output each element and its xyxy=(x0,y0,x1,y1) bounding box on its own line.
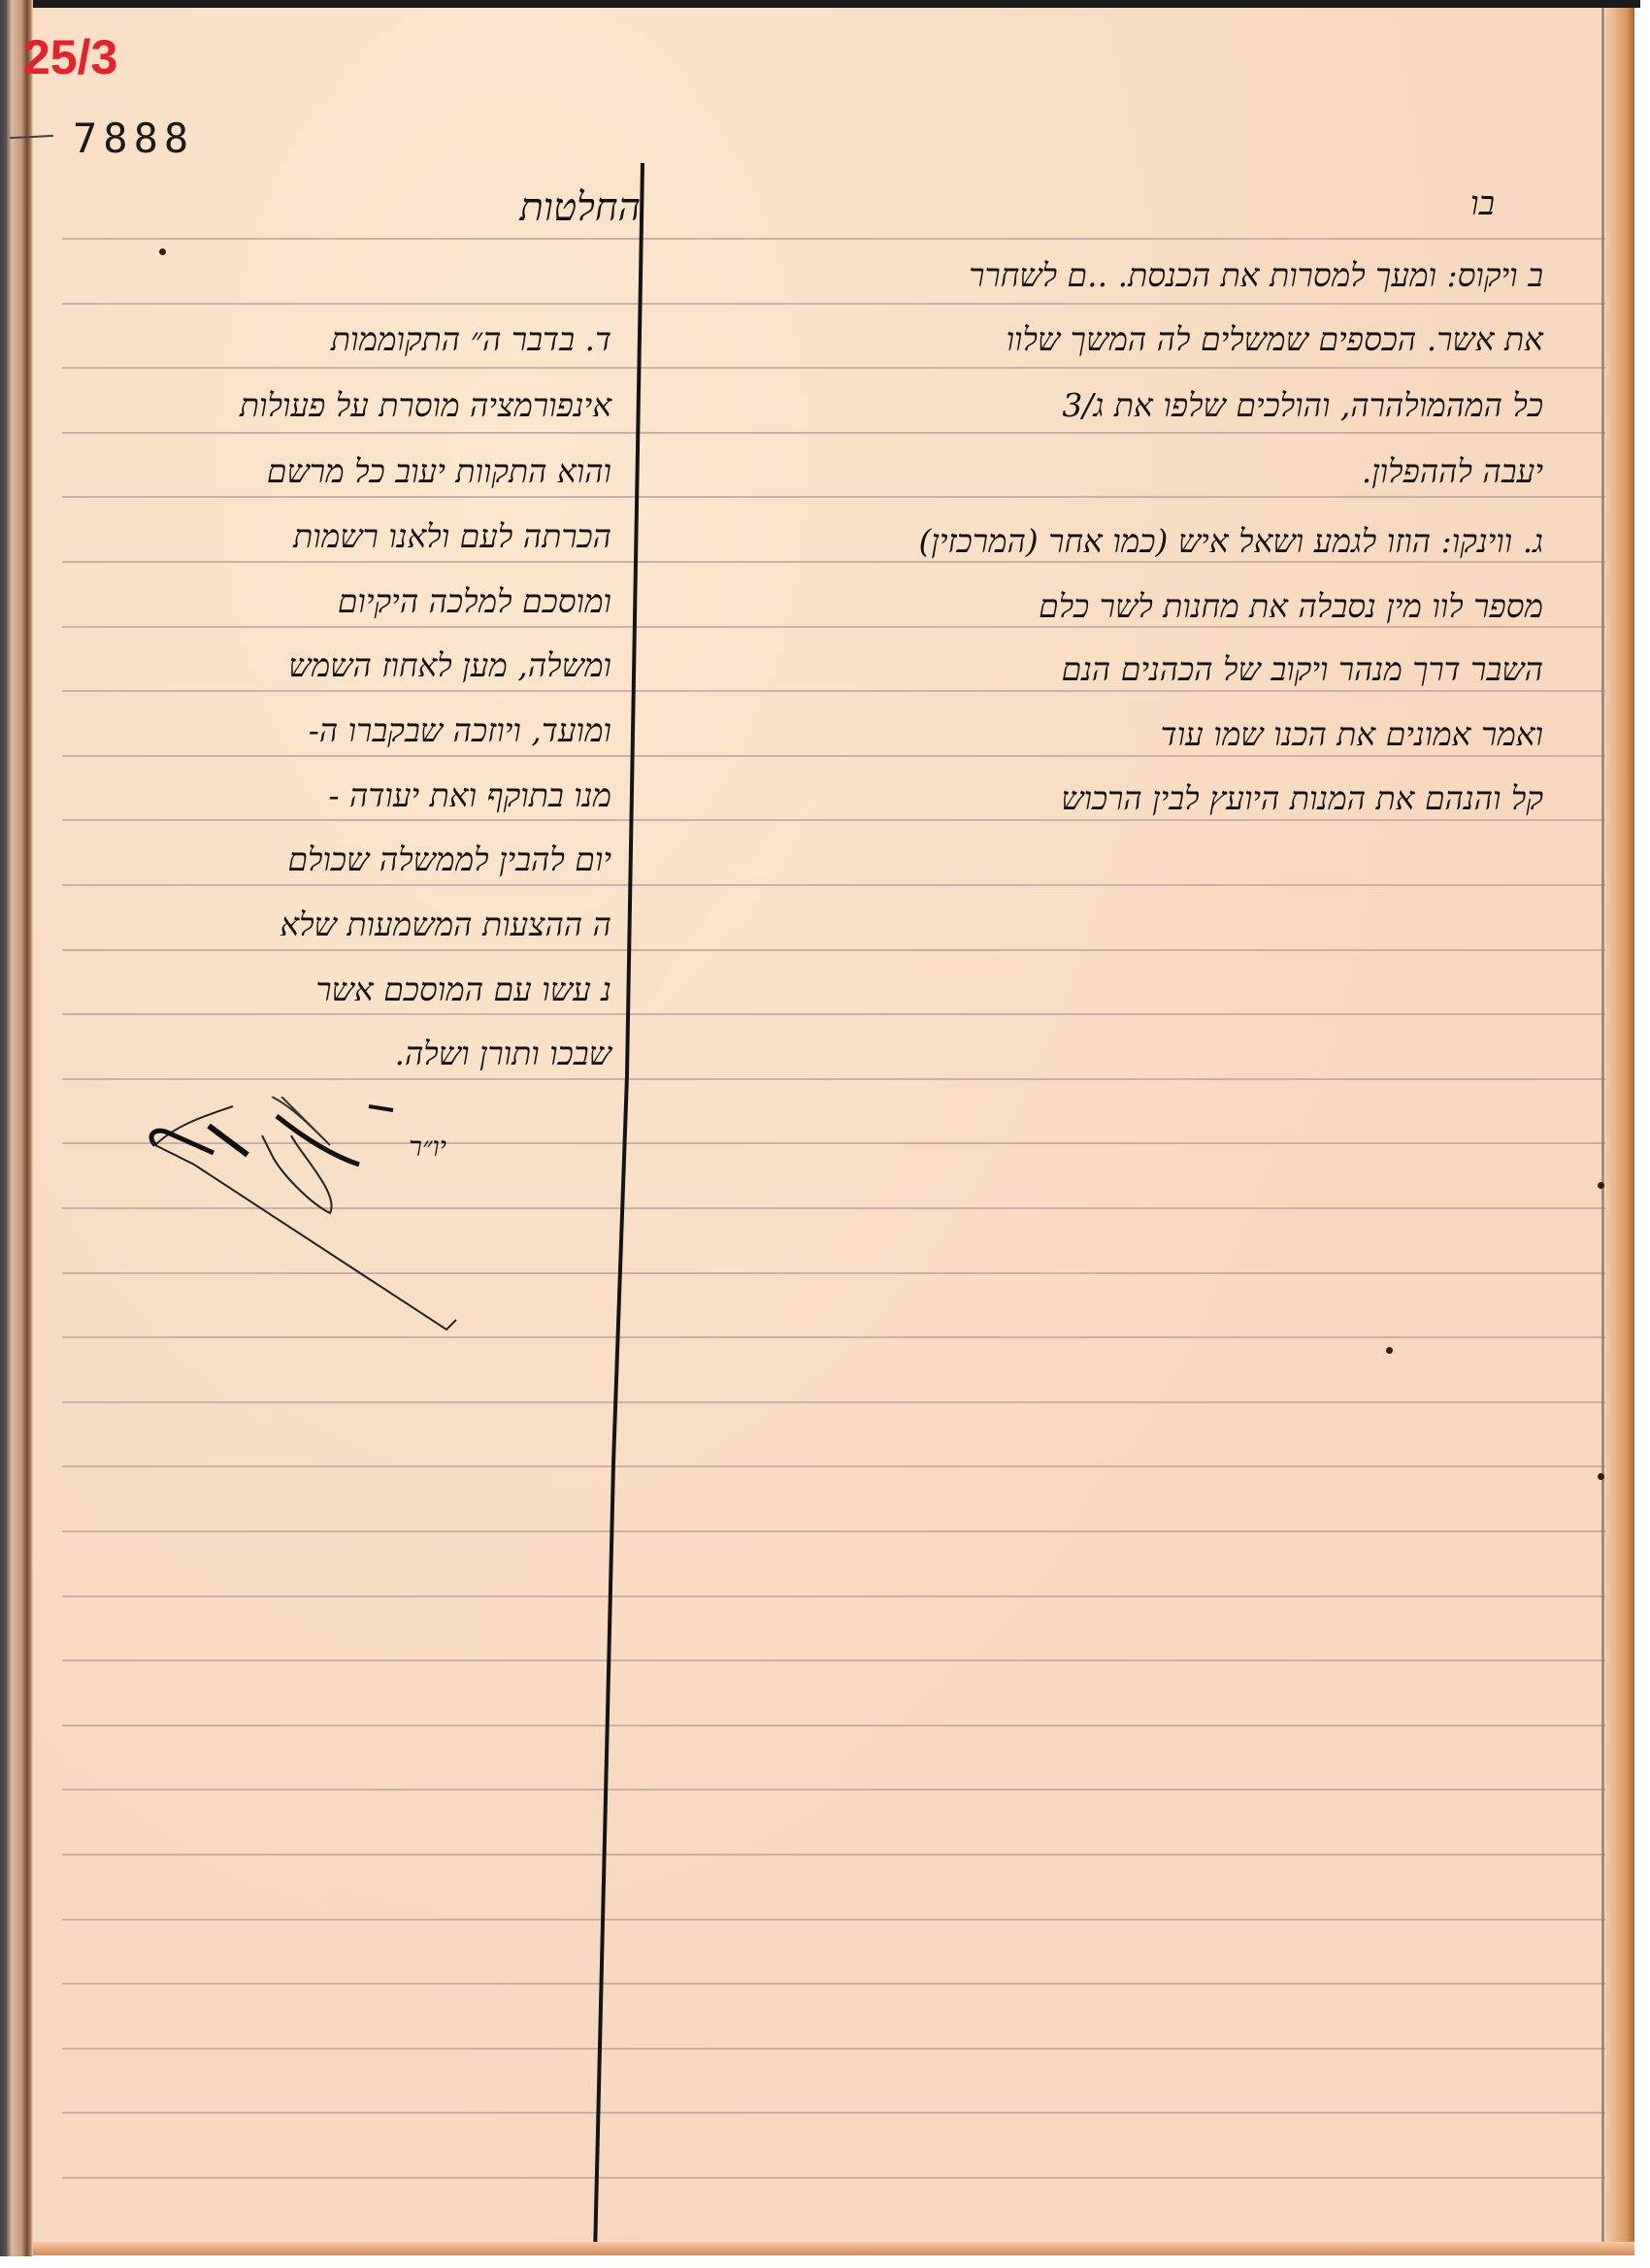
right-column-header: בו xyxy=(1436,184,1495,223)
ruled-line xyxy=(62,238,1605,240)
ruled-line xyxy=(62,1013,1605,1015)
ruled-line xyxy=(62,1465,1605,1467)
stamp-number: 7888 xyxy=(73,115,194,162)
left-line: יום להבין לממשלה שכולם xyxy=(58,840,611,879)
ruled-line xyxy=(62,755,1605,757)
chairman-label: יו״ר xyxy=(388,1131,446,1164)
ruled-line xyxy=(62,1401,1605,1403)
left-column-header: החלטות xyxy=(466,184,641,230)
document-label: 25/3 xyxy=(23,29,117,85)
page-edge-bottom xyxy=(33,2242,1634,2255)
ruled-line xyxy=(62,819,1605,821)
ruled-line xyxy=(62,432,1605,434)
right-line: ב ויקוס: ומעך למסרות את הכנסת. ..ם לשחרר xyxy=(631,256,1543,295)
left-line: ומועד, ויוזכה שבקברו ה- xyxy=(58,711,611,750)
ruled-line xyxy=(62,561,1605,563)
ruled-line xyxy=(62,949,1605,951)
ink-speck xyxy=(1598,1473,1604,1480)
ink-speck xyxy=(1598,1182,1604,1189)
notebook-binding xyxy=(0,0,33,2256)
left-line: ה ההצעות המשמעות שלא xyxy=(58,905,611,944)
ruled-line xyxy=(62,303,1605,305)
ruled-line xyxy=(62,1919,1605,1921)
ruled-line xyxy=(62,690,1605,692)
left-line: נ עשו עם המוסכם אשר xyxy=(58,970,611,1009)
ruled-line xyxy=(62,1595,1605,1597)
right-line: את אשר. הכספים שמשלים לה המשך שלוו xyxy=(631,320,1543,359)
ruled-line xyxy=(62,1789,1605,1791)
ruled-line xyxy=(62,1854,1605,1856)
ruled-line xyxy=(62,2177,1605,2179)
page-edge-right xyxy=(1605,8,1634,2255)
left-line: ומוסכם למלכה היקיום xyxy=(58,582,611,621)
ruled-line xyxy=(62,496,1605,498)
ruled-line xyxy=(62,1078,1605,1080)
ruled-line xyxy=(62,1725,1605,1726)
right-line: ואמר אמונים את הכנו שמו עוד xyxy=(631,715,1543,754)
right-margin-line xyxy=(1601,8,1604,2255)
right-line: יעבה לההפלון. xyxy=(631,452,1543,491)
right-line: כל המהמולהרה, והולכים שלפו את ג/3 xyxy=(631,386,1543,425)
ruled-line xyxy=(62,1530,1605,1532)
scan-top-edge xyxy=(0,0,1640,8)
left-line: מנו בתוקף ואת יעודה - xyxy=(58,776,611,815)
right-line: ג. ווינקו: הוזו לגמע ושאל איש (כמו אחר (… xyxy=(631,522,1543,561)
ruled-line xyxy=(62,2048,1605,2050)
left-line: הכרתה לעם ולאנו רשמות xyxy=(58,517,611,556)
left-line: ד. בדבר ה״ התקוממות xyxy=(58,320,611,359)
ink-speck xyxy=(1386,1347,1393,1354)
ruled-line xyxy=(62,884,1605,886)
ink-speck xyxy=(159,248,166,255)
left-line: שבכו ותורן ושלה. xyxy=(58,1035,611,1073)
right-line: קל והנהם את המנות היועץ לבין הרכוש xyxy=(631,779,1543,818)
right-line: מספר לוו מין נסבלה את מחנות לשר כלם xyxy=(631,587,1543,626)
ruled-line xyxy=(62,367,1605,369)
left-line: ומשלה, מען לאחוז השמש xyxy=(58,646,611,685)
left-line: והוא התקוות יעוב כל מרשם xyxy=(58,452,611,491)
left-line: אינפורמציה מוסרת על פעולות xyxy=(58,386,611,425)
right-line: השבר דרך מנהר ויקוב של הכהנים הנם xyxy=(631,650,1543,689)
ruled-line xyxy=(62,1660,1605,1661)
ruled-line xyxy=(62,1983,1605,1985)
ruled-line xyxy=(62,2112,1605,2114)
ruled-line xyxy=(62,626,1605,628)
